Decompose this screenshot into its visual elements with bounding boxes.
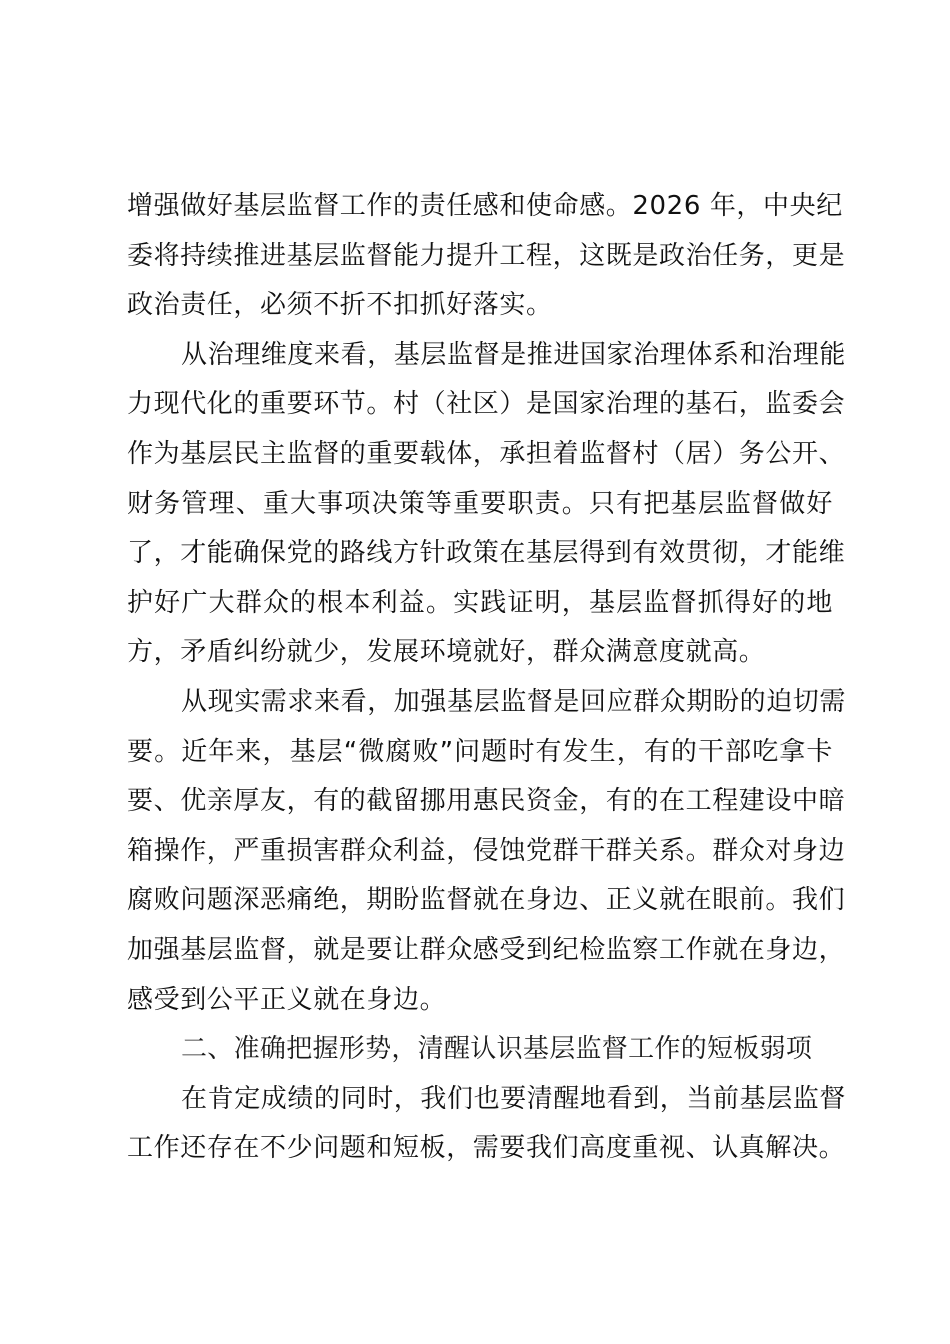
section-heading: 二、准确把握形势，清醒认识基层监督工作的短板弱项 — [127, 1025, 833, 1075]
text-line: 委将持续推进基层监督能力提升工程，这既是政治任务，更是 — [127, 232, 833, 282]
paragraph-responsibility: 增强做好基层监督工作的责任感和使命感。2026 年，中央纪 委将持续推进基层监督… — [127, 182, 833, 331]
text-line: 感受到公平正义就在身边。 — [127, 976, 833, 1026]
paragraph-governance: 从治理维度来看，基层监督是推进国家治理体系和治理能 力现代化的重要环节。村（社区… — [127, 331, 833, 678]
text-line: 工作还存在不少问题和短板，需要我们高度重视、认真解决。 — [127, 1124, 833, 1174]
text-line: 作为基层民主监督的重要载体，承担着监督村（居）务公开、 — [127, 430, 833, 480]
text-line: 力现代化的重要环节。村（社区）是国家治理的基石，监委会 — [127, 380, 833, 430]
text-line: 从治理维度来看，基层监督是推进国家治理体系和治理能 — [127, 331, 833, 381]
paragraph-shortcomings: 在肯定成绩的同时，我们也要清醒地看到，当前基层监督 工作还存在不少问题和短板，需… — [127, 1075, 833, 1174]
text-line: 方，矛盾纠纷就少，发展环境就好，群众满意度就高。 — [127, 628, 833, 678]
text-line: 政治责任，必须不折不扣抓好落实。 — [127, 281, 833, 331]
text-line: 腐败问题深恶痛绝，期盼监督就在身边、正义就在眼前。我们 — [127, 876, 833, 926]
text-line: 了，才能确保党的路线方针政策在基层得到有效贯彻，才能维 — [127, 529, 833, 579]
text-line: 从现实需求来看，加强基层监督是回应群众期盼的迫切需 — [127, 678, 833, 728]
text-line: 箱操作，严重损害群众利益，侵蚀党群干群关系。群众对身边 — [127, 827, 833, 877]
text-line: 在肯定成绩的同时，我们也要清醒地看到，当前基层监督 — [127, 1075, 833, 1125]
text-line: 财务管理、重大事项决策等重要职责。只有把基层监督做好 — [127, 480, 833, 530]
paragraph-practical-needs: 从现实需求来看，加强基层监督是回应群众期盼的迫切需 要。近年来，基层“微腐败”问… — [127, 678, 833, 1025]
document-page: 增强做好基层监督工作的责任感和使命感。2026 年，中央纪 委将持续推进基层监督… — [127, 182, 833, 1174]
text-line: 增强做好基层监督工作的责任感和使命感。2026 年，中央纪 — [127, 182, 833, 232]
text-line: 护好广大群众的根本利益。实践证明，基层监督抓得好的地 — [127, 579, 833, 629]
text-line: 要。近年来，基层“微腐败”问题时有发生，有的干部吃拿卡 — [127, 728, 833, 778]
text-line: 加强基层监督，就是要让群众感受到纪检监察工作就在身边， — [127, 926, 833, 976]
text-line: 要、优亲厚友，有的截留挪用惠民资金，有的在工程建设中暗 — [127, 777, 833, 827]
